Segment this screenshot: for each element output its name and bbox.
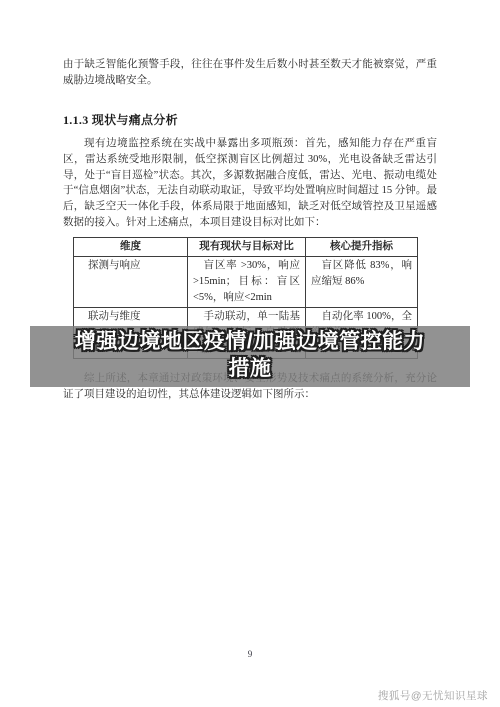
body-paragraph: 现有边境监控系统在实战中暴露出多项瓶颈：首先，感知能力存在严重盲区，雷达系统受地…: [63, 136, 437, 231]
section-heading: 1.1.3 现状与痛点分析: [63, 111, 178, 128]
table-header-metric: 核心提升指标: [306, 238, 418, 257]
overlay-banner: 增强边境地区疫情/加强边境管控能力措施: [30, 326, 470, 387]
document-page: 由于缺乏智能化预警手段，往往在事件发生后数小时甚至数天才能被察觉，严重威胁边境战…: [0, 0, 500, 707]
lead-paragraph: 由于缺乏智能化预警手段，往往在事件发生后数小时甚至数天才能被察觉，严重威胁边境战…: [63, 57, 437, 89]
watermark: 搜狐号@无忧知识星球: [378, 688, 488, 703]
table-header-row: 维度 现有现状与目标对比 核心提升指标: [74, 238, 418, 257]
table-cell-status: 盲区率 >30%，响应>15min；目标：盲区<5%，响应<2min: [188, 257, 306, 308]
table-header-dimension: 维度: [74, 238, 188, 257]
table-cell-dimension: 探测与响应: [74, 257, 188, 308]
table-header-status: 现有现状与目标对比: [188, 238, 306, 257]
table-cell-metric: 盲区降低 83%，响应缩短 86%: [306, 257, 418, 308]
overlay-banner-text: 增强边境地区疫情/加强边境管控能力措施: [74, 328, 426, 382]
page-number: 9: [0, 649, 500, 659]
table-row: 探测与响应 盲区率 >30%，响应>15min；目标：盲区<5%，响应<2min…: [74, 257, 418, 308]
